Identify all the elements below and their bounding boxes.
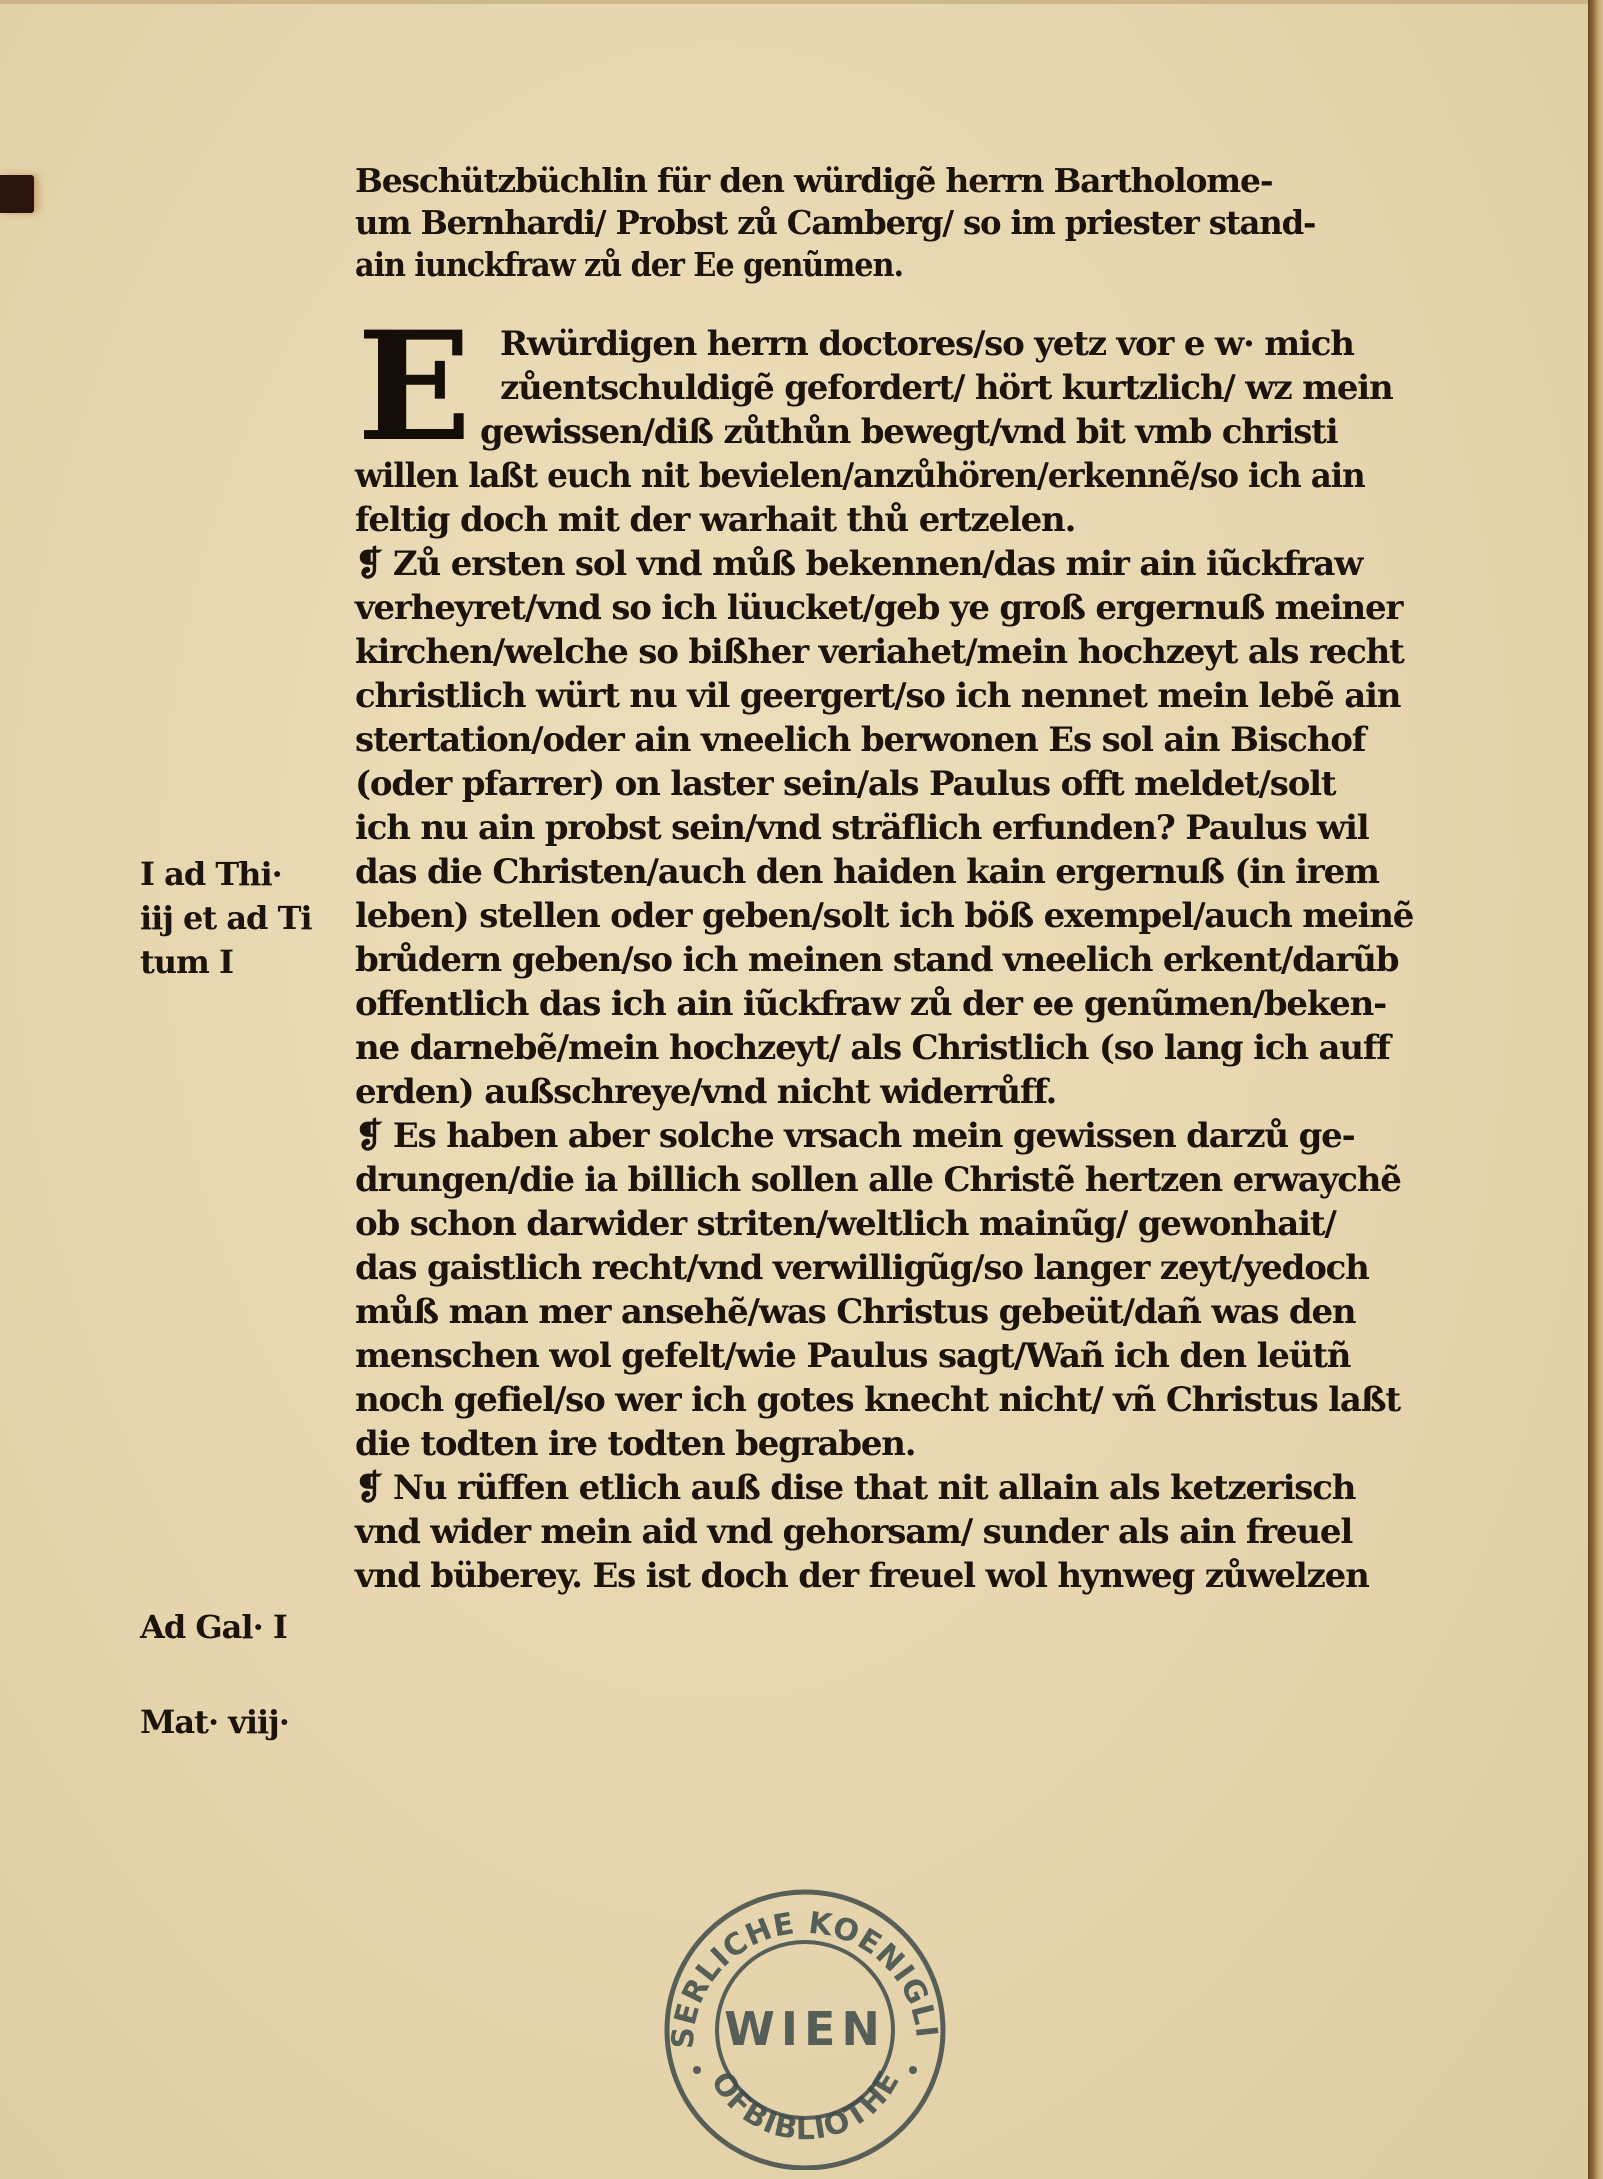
body-line: menschen wol gefelt/wie Paulus sagt/Wañ …: [355, 1334, 1445, 1378]
body-line-text: brůdern geben/so ich meinen stand vneeli…: [355, 940, 1398, 980]
main-text-column: Beschützbüchlin für den würdigẽ herrn Ba…: [355, 160, 1445, 1598]
body-line: erden) außschreye/vnd nicht widerrůff.: [355, 1070, 1445, 1114]
body-line-text: ne darnebẽ/mein hochzeyt/ als Christlich…: [355, 1028, 1390, 1068]
body-line-text: willen laßt euch nit bevielen/anzůhören/…: [355, 456, 1365, 496]
margin-note: I ad Thi·: [140, 852, 345, 896]
body-line: ob schon darwider striten/weltlich mainũ…: [355, 1202, 1445, 1246]
body-line-text: ❡ Es haben aber solche vrsach mein gewis…: [355, 1116, 1354, 1156]
thumb-tab-mark: [0, 175, 34, 213]
dropcap-initial: E: [357, 322, 437, 452]
body-line-text: das die Christen/auch den haiden kain er…: [355, 852, 1379, 892]
body-line: ich nu ain probst sein/vnd sträflich erf…: [355, 806, 1445, 850]
body-line: willen laßt euch nit bevielen/anzůhören/…: [355, 454, 1401, 498]
heading-line: Beschützbüchlin für den würdigẽ herrn Ba…: [355, 160, 1445, 202]
heading-line: um Bernhardi/ Probst zů Camberg/ so im p…: [355, 202, 1423, 244]
stamp-seal-icon: KAISERLICHE KOENIGLICHE HOFBIBLIOTHEK WI…: [655, 1880, 955, 2170]
body-line: gewissen/diß zůthůn bewegt/vnd bit vmb c…: [355, 410, 1445, 454]
body-line-text: leben) stellen oder geben/solt ich böß e…: [355, 896, 1413, 936]
body-line-text: můß man mer ansehẽ/was Christus gebeüt/d…: [355, 1292, 1355, 1332]
margin-note: Ad Gal· I: [140, 1605, 345, 1649]
margin-notes-group-2: Ad Gal· I: [140, 1605, 345, 1649]
body-line: kirchen/welche so bißher veriahet/mein h…: [355, 630, 1445, 674]
body-line-text: gewissen/diß zůthůn bewegt/vnd bit vmb c…: [480, 412, 1337, 452]
heading-line-text: Beschützbüchlin für den würdigẽ herrn Ba…: [355, 161, 1272, 200]
spacer: [355, 286, 1445, 322]
body-line-text: feltig doch mit der warhait thů ertzelen…: [355, 500, 1075, 540]
body-line: drungen/die ia billich sollen alle Chris…: [355, 1158, 1445, 1202]
body-line-text: vnd wider mein aid vnd gehorsam/ sunder …: [355, 1512, 1352, 1552]
body-line-text: ❡ Zů ersten sol vnd můß bekennen/das mir…: [355, 544, 1362, 584]
margin-note: tum I: [140, 940, 345, 984]
page-edge-binding: [1588, 0, 1603, 2179]
body-line: feltig doch mit der warhait thů ertzelen…: [355, 498, 1445, 542]
body-line-text: ❡ Nu rüffen etlich auß dise that nit all…: [355, 1468, 1355, 1508]
body-line: christlich würt nu vil geergert/so ich n…: [355, 674, 1445, 718]
body-line: offentlich das ich ain iũckfraw zů der e…: [355, 982, 1445, 1026]
library-stamp: KAISERLICHE KOENIGLICHE HOFBIBLIOTHEK WI…: [655, 1880, 955, 2170]
paragraph-3: ❡ Es haben aber solche vrsach mein gewis…: [355, 1114, 1445, 1466]
body-line-text: kirchen/welche so bißher veriahet/mein h…: [355, 632, 1404, 672]
body-line: můß man mer ansehẽ/was Christus gebeüt/d…: [355, 1290, 1445, 1334]
opening-paragraph: E Rwürdigen herrn doctores/so yetz vor e…: [355, 322, 1445, 542]
body-line-text: drungen/die ia billich sollen alle Chris…: [355, 1160, 1401, 1200]
body-line-text: offentlich das ich ain iũckfraw zů der e…: [355, 984, 1386, 1024]
paragraph-4: ❡ Nu rüffen etlich auß dise that nit all…: [355, 1466, 1445, 1598]
body-line: das gaistlich recht/vnd verwilligũg/so l…: [355, 1246, 1445, 1290]
body-line: ne darnebẽ/mein hochzeyt/ als Christlich…: [355, 1026, 1445, 1070]
body-line: verheyret/vnd so ich lüucket/geb ye groß…: [355, 586, 1445, 630]
body-line-text: ob schon darwider striten/weltlich mainũ…: [355, 1204, 1336, 1244]
body-line-text: menschen wol gefelt/wie Paulus sagt/Wañ …: [355, 1336, 1350, 1376]
body-line: vnd büberey. Es ist doch der freuel wol …: [355, 1554, 1445, 1598]
body-line-text: ich nu ain probst sein/vnd sträflich erf…: [355, 808, 1368, 848]
heading-line-text: um Bernhardi/ Probst zů Camberg/ so im p…: [355, 203, 1315, 242]
body-line: (oder pfarrer) on laster sein/als Paulus…: [355, 762, 1445, 806]
heading-line-text: ain iunckfraw zů der Ee genũmen.: [355, 245, 903, 284]
paragraph-2: ❡ Zů ersten sol vnd můß bekennen/das mir…: [355, 542, 1445, 1114]
body-line-text: Rwürdigen herrn doctores/so yetz vor e w…: [500, 324, 1354, 364]
body-line: die todten ire todten begraben.: [355, 1422, 1445, 1466]
body-line: brůdern geben/so ich meinen stand vneeli…: [355, 938, 1445, 982]
body-line-text: vnd büberey. Es ist doch der freuel wol …: [355, 1556, 1369, 1596]
body-line: das die Christen/auch den haiden kain er…: [355, 850, 1445, 894]
body-line: Rwürdigen herrn doctores/so yetz vor e w…: [355, 322, 1445, 366]
body-line-text: (oder pfarrer) on laster sein/als Paulus…: [355, 764, 1335, 804]
stamp-center-text: WIEN: [724, 2002, 886, 2056]
body-line-text: stertation/oder ain vneelich berwonen Es…: [355, 720, 1365, 760]
body-line: leben) stellen oder geben/solt ich böß e…: [355, 894, 1445, 938]
body-line: noch gefiel/so wer ich gotes knecht nich…: [355, 1378, 1445, 1422]
body-line-text: verheyret/vnd so ich lüucket/geb ye groß…: [355, 588, 1402, 628]
heading-line: ain iunckfraw zů der Ee genũmen.: [355, 244, 1358, 286]
body-line-text: die todten ire todten begraben.: [355, 1424, 915, 1464]
margin-notes-group-3: Mat· viij·: [140, 1700, 345, 1744]
margin-note: iij et ad Ti: [140, 896, 345, 940]
body-line-text: zůentschuldigẽ gefordert/ hört kurtzlich…: [500, 368, 1393, 408]
body-line: ❡ Zů ersten sol vnd můß bekennen/das mir…: [355, 542, 1445, 586]
body-line: vnd wider mein aid vnd gehorsam/ sunder …: [355, 1510, 1445, 1554]
body-line-text: das gaistlich recht/vnd verwilligũg/so l…: [355, 1248, 1369, 1288]
margin-notes-group-1: I ad Thi· iij et ad Ti tum I: [140, 852, 345, 984]
body-line-text: christlich würt nu vil geergert/so ich n…: [355, 676, 1400, 716]
page-top-edge: [0, 0, 1590, 4]
body-line-text: erden) außschreye/vnd nicht widerrůff.: [355, 1072, 1056, 1112]
margin-note: Mat· viij·: [140, 1700, 345, 1744]
body-line: ❡ Es haben aber solche vrsach mein gewis…: [355, 1114, 1445, 1158]
body-line-text: noch gefiel/so wer ich gotes knecht nich…: [355, 1380, 1400, 1420]
title-heading: Beschützbüchlin für den würdigẽ herrn Ba…: [355, 160, 1445, 286]
body-line: zůentschuldigẽ gefordert/ hört kurtzlich…: [355, 366, 1445, 410]
body-line: stertation/oder ain vneelich berwonen Es…: [355, 718, 1445, 762]
body-line: ❡ Nu rüffen etlich auß dise that nit all…: [355, 1466, 1445, 1510]
